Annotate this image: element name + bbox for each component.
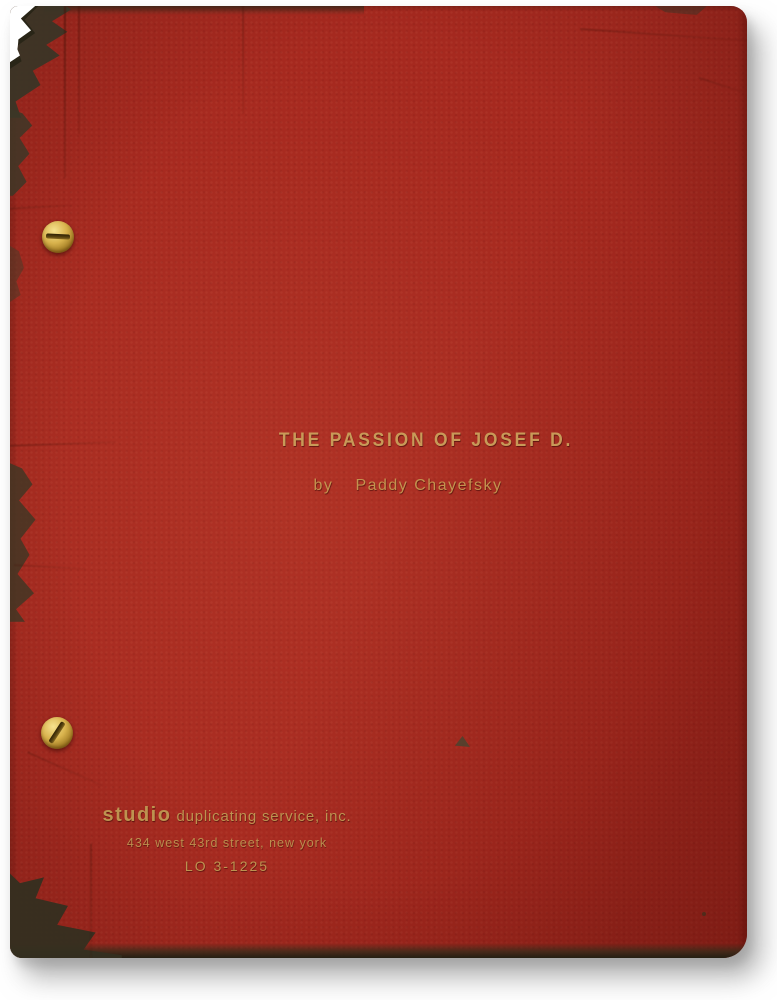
screw-slot: [48, 721, 65, 744]
byline-prefix: by: [314, 477, 334, 494]
crease-line: [10, 441, 116, 447]
right-edge-shading: [737, 6, 747, 958]
crease-line: [242, 6, 244, 114]
stamp-phone: LO 3-1225: [77, 858, 377, 874]
brass-screw-top: [42, 221, 74, 253]
crease-line: [64, 6, 66, 178]
duplicating-service-stamp: studioduplicating service, inc. 434 west…: [77, 804, 377, 874]
left-edge-shading: [10, 6, 18, 958]
wear-patch-left-lower: [10, 462, 37, 622]
wear-patch-top-left-dark: [10, 6, 58, 76]
wear-patch-bottom-left: [10, 866, 122, 958]
crease-line: [78, 6, 80, 134]
surface-speck: [702, 912, 706, 916]
screw-slot: [46, 233, 70, 239]
bottom-edge-wear: [10, 943, 747, 958]
crease-line: [14, 564, 86, 570]
crease-line: [10, 204, 72, 209]
wear-patch-top-right: [655, 6, 707, 15]
stamp-address: 434 west 43rd street, new york: [77, 836, 377, 850]
wear-patch-top-left: [10, 6, 100, 118]
brass-screw-bottom: [41, 717, 73, 749]
byline: byPaddy Chayefsky: [248, 477, 568, 495]
stamp-company-rest: duplicating service, inc.: [176, 808, 351, 825]
wear-patch-left-upper: [10, 108, 35, 196]
script-cover: THE PASSION OF JOSEF D. byPaddy Chayefsk…: [10, 6, 747, 958]
stamp-company-emphasis: studio: [102, 804, 171, 826]
author-name: Paddy Chayefsky: [355, 477, 502, 494]
corner-chip-top-left: [10, 6, 54, 70]
wear-patch-left-mid: [10, 244, 24, 304]
stamp-company-line: studioduplicating service, inc.: [77, 804, 377, 827]
crease-line: [699, 77, 743, 93]
crease-line: [27, 751, 103, 786]
edge-chip-left: [10, 27, 20, 60]
top-edge-shading: [10, 6, 747, 11]
script-title: THE PASSION OF JOSEF D.: [279, 430, 573, 452]
surface-blemish: [455, 736, 470, 747]
crease-line: [580, 28, 747, 42]
top-edge-wear: [44, 6, 364, 15]
